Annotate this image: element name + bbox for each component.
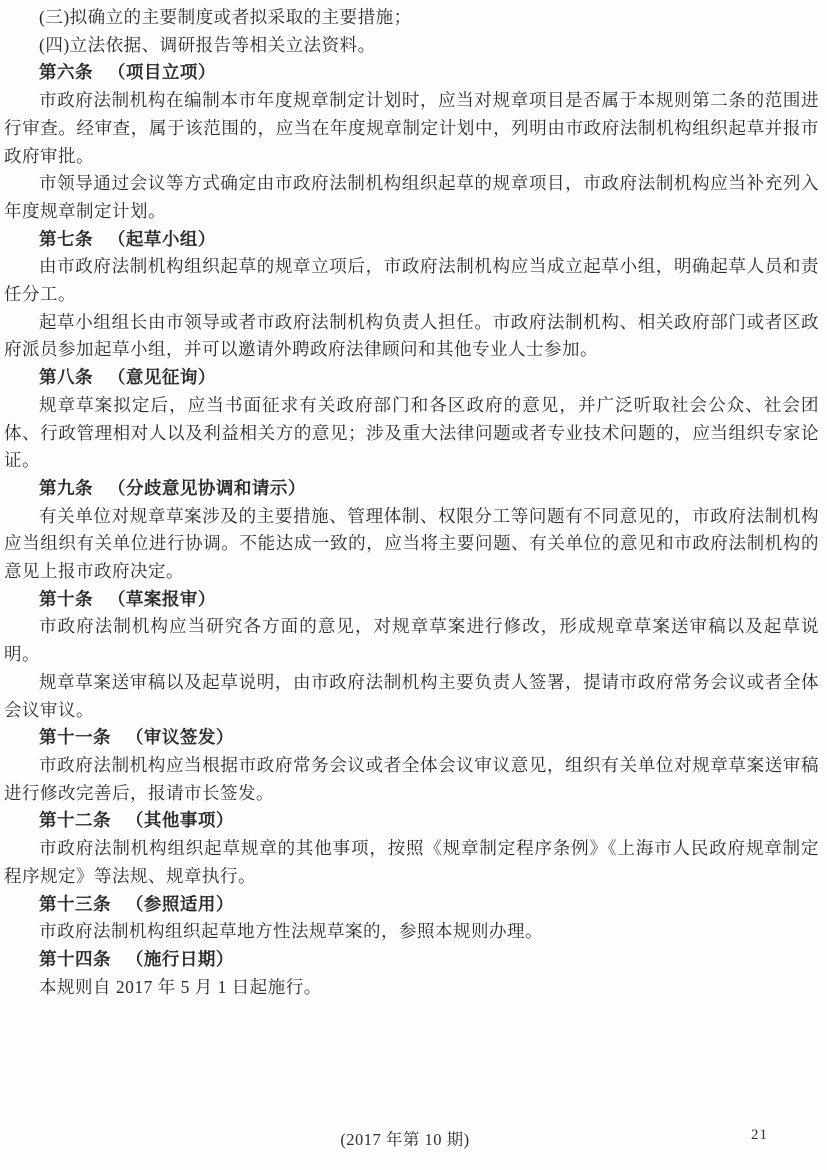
clause-item-4: (四)立法依据、调研报告等相关立法资料。 [4,32,819,60]
article-number: 第十二条 [39,810,111,830]
article-number: 第十三条 [39,894,111,914]
article-heading-13: 第十三条（参照适用） [4,891,819,919]
article-title: （施行日期） [126,949,234,969]
article-heading-8: 第八条（意见征询） [4,364,819,392]
article-heading-10: 第十条（草案报审） [4,586,819,614]
clause-item-3: (三)拟确立的主要制度或者拟采取的主要措施； [4,4,819,32]
body-paragraph: 市政府法制机构组织起草规章的其他事项，按照《规章制定程序条例》《上海市人民政府规… [4,835,819,890]
article-title: （意见征询） [108,367,216,387]
article-number: 第六条 [39,62,93,82]
article-number: 第七条 [39,229,93,249]
page-number: 21 [751,1127,768,1144]
article-title: （审议签发） [126,727,234,747]
body-paragraph: 起草小组组长由市领导或者市政府法制机构负责人担任。市政府法制机构、相关政府部门或… [4,309,819,364]
article-heading-7: 第七条（起草小组） [4,226,819,254]
article-number: 第八条 [39,367,93,387]
body-paragraph: 规章草案拟定后，应当书面征求有关政府部门和各区政府的意见，并广泛听取社会公众、社… [4,392,819,475]
body-paragraph: 由市政府法制机构组织起草的规章立项后，市政府法制机构应当成立起草小组，明确起草人… [4,253,819,308]
article-title: （参照适用） [126,894,234,914]
article-heading-6: 第六条（项目立项） [4,59,819,87]
document-page: (三)拟确立的主要制度或者拟采取的主要措施； (四)立法依据、调研报告等相关立法… [0,0,827,1170]
article-title: （其他事项） [126,810,234,830]
document-body: (三)拟确立的主要制度或者拟采取的主要措施； (四)立法依据、调研报告等相关立法… [0,0,827,1001]
page-footer: (2017 年第 10 期) 21 [0,1126,810,1150]
body-paragraph: 规章草案送审稿以及起草说明，由市政府法制机构主要负责人签署，提请市政府常务会议或… [4,669,819,724]
article-heading-14: 第十四条（施行日期） [4,946,819,974]
body-paragraph: 市政府法制机构应当根据市政府常务会议或者全体会议审议意见，组织有关单位对规章草案… [4,752,819,807]
article-title: （分歧意见协调和请示） [108,478,306,498]
body-paragraph: 有关单位对规章草案涉及的主要措施、管理体制、权限分工等问题有不同意见的，市政府法… [4,503,819,586]
article-number: 第九条 [39,478,93,498]
body-paragraph: 市政府法制机构在编制本市年度规章制定计划时，应当对规章项目是否属于本规则第二条的… [4,87,819,170]
article-title: （项目立项） [108,62,216,82]
body-paragraph: 市政府法制机构组织起草地方性法规草案的，参照本规则办理。 [4,918,819,946]
body-paragraph: 市领导通过会议等方式确定由市政府法制机构组织起草的规章项目，市政府法制机构应当补… [4,170,819,225]
article-title: （草案报审） [108,589,216,609]
article-number: 第十一条 [39,727,111,747]
article-heading-11: 第十一条（审议签发） [4,724,819,752]
article-number: 第十条 [39,589,93,609]
body-paragraph: 本规则自 2017 年 5 月 1 日起施行。 [4,974,819,1002]
article-title: （起草小组） [108,229,216,249]
article-heading-12: 第十二条（其他事项） [4,807,819,835]
article-number: 第十四条 [39,949,111,969]
footer-issue-label: (2017 年第 10 期) [340,1130,469,1149]
body-paragraph: 市政府法制机构应当研究各方面的意见，对规章草案进行修改，形成规章草案送审稿以及起… [4,613,819,668]
article-heading-9: 第九条（分歧意见协调和请示） [4,475,819,503]
